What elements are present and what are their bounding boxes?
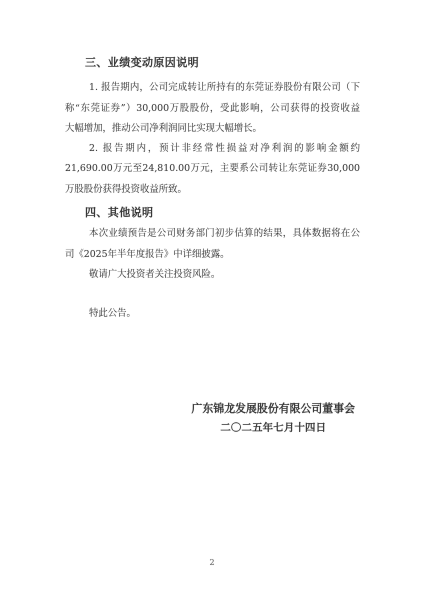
signature-date: 二〇二五年七月十四日 [192, 419, 355, 438]
paragraph-line: 司《2025年半年度报告》中详细披露。 [65, 245, 360, 265]
paragraph-line: 1. 报告期内，公司完成转让所持有的东莞证券股份有限公司（下 [65, 78, 360, 98]
paragraph-1: 1. 报告期内，公司完成转让所持有的东莞证券股份有限公司（下 称“东莞证券”）3… [65, 78, 360, 139]
section-heading-3: 三、业绩变动原因说明 [65, 53, 360, 73]
paragraph-risk-notice: 敬请广大投资者关注投资风险。 [65, 265, 360, 285]
paragraph-line: 称“东莞证券”）30,000万股股份，受此影响，公司获得的投资收益 [65, 99, 360, 119]
paragraph-line: 特此公告。 [65, 304, 360, 324]
paragraph-3: 本次业绩预告是公司财务部门初步估算的结果，具体数据将在公 司《2025年半年度报… [65, 224, 360, 265]
paragraph-announcement-close: 特此公告。 [65, 304, 360, 324]
paragraph-line: 本次业绩预告是公司财务部门初步估算的结果，具体数据将在公 [65, 224, 360, 244]
document-page: 三、业绩变动原因说明 1. 报告期内，公司完成转让所持有的东莞证券股份有限公司（… [0, 0, 424, 600]
paragraph-line: 2. 报告期内，预计非经常性损益对净利润的影响金额约 [65, 139, 360, 159]
paragraph-2: 2. 报告期内，预计非经常性损益对净利润的影响金额约 21,690.00万元至2… [65, 139, 360, 200]
paragraph-line: 敬请广大投资者关注投资风险。 [65, 265, 360, 285]
paragraph-line: 21,690.00万元至24,810.00万元，主要系公司转让东莞证券30,00… [65, 159, 360, 179]
signature-company: 广东锦龙发展股份有限公司董事会 [192, 399, 355, 419]
page-number: 2 [0, 558, 424, 567]
paragraph-line: 大幅增加，推动公司净利润同比实现大幅增长。 [65, 119, 360, 139]
section-heading-4: 四、其他说明 [65, 203, 360, 223]
paragraph-line: 万股股份获得投资收益所致。 [65, 180, 360, 200]
signature-block: 广东锦龙发展股份有限公司董事会 二〇二五年七月十四日 [192, 399, 355, 438]
